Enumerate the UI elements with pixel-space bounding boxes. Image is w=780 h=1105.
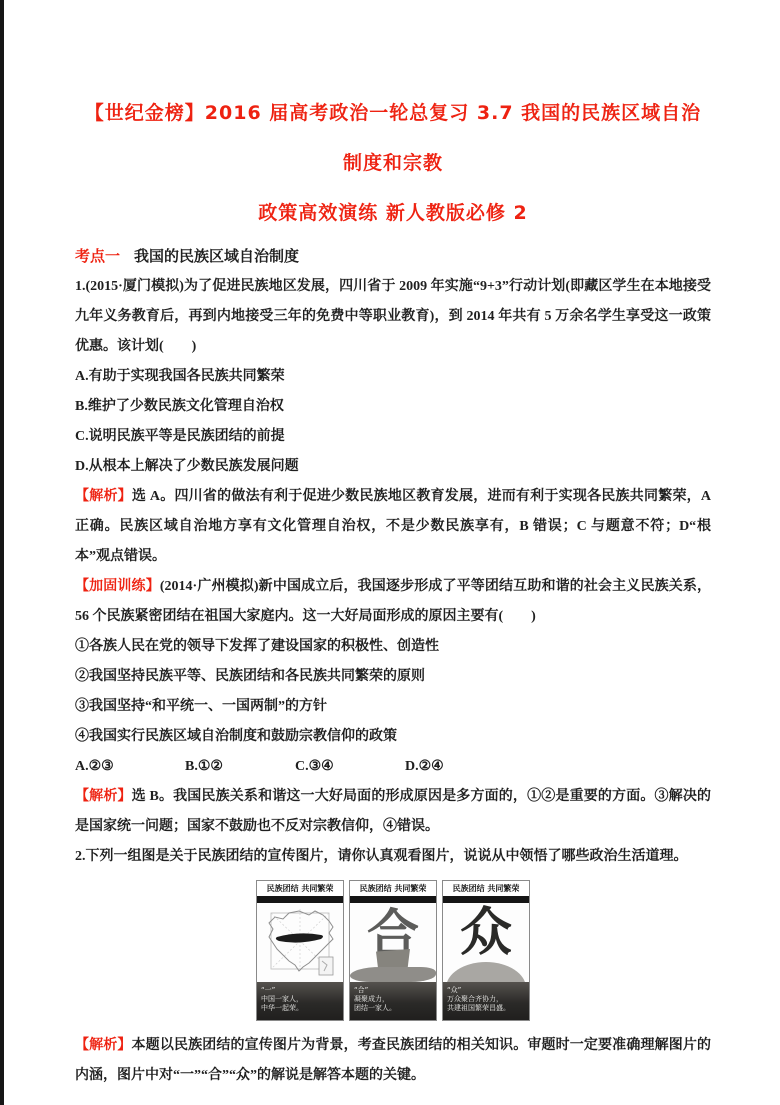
poster-caption-line: “众” (447, 986, 525, 995)
reinforce-exercise-stem: 【加固训练】(2014·广州模拟)新中国成立后，我国逐步形成了平等团结互助和谐的… (75, 572, 711, 632)
reinforce-stem-text: (2014·广州模拟)新中国成立后，我国逐步形成了平等团结互助和谐的社会主义民族… (75, 579, 711, 624)
poster-divider-bar (257, 896, 343, 903)
poster-caption-line: “一” (261, 986, 339, 995)
reinforce-option-b: B.①② (185, 752, 295, 782)
poster-header: 民族团结 共同繁荣 (350, 881, 436, 896)
poster-caption-line: 中华一起荣。 (261, 1004, 339, 1013)
reinforce-option-c: C.③④ (295, 752, 405, 782)
reinforce-options-row: A.②③ B.①② C.③④ D.②④ (75, 752, 711, 782)
document-title-line2: 政策高效演练 新人教版必修 2 (75, 188, 711, 238)
poster-caption: “合” 凝聚成力， 团结一家人。 (350, 982, 436, 1020)
poster-header: 民族团结 共同繁荣 (257, 881, 343, 896)
reinforce-analysis: 【解析】选 B。我国民族关系和谐这一大好局面的形成原因是多方面的，①②是重要的方… (75, 782, 711, 842)
kaodian-title: 我国的民族区域自治制度 (134, 249, 299, 265)
analysis-text: 选 A。四川省的做法有利于促进少数民族地区教育发展，进而有利于实现各民族共同繁荣… (75, 489, 711, 564)
poster-caption-line: 共建祖国繁荣昌盛。 (447, 1004, 525, 1013)
reinforce-label: 【加固训练】 (75, 579, 160, 594)
poster-caption-line: 中国一家人， (261, 995, 339, 1004)
poster-he: 民族团结 共同繁荣 合 “合” 凝聚成力， 团结一家人。 (349, 880, 437, 1021)
analysis-text: 本题以民族团结的宣传图片为背景，考查民族团结的相关知识。审题时一定要准确理解图片… (75, 1038, 711, 1083)
reinforce-item-4: ④我国实行民族区域自治制度和鼓励宗教信仰的政策 (75, 722, 711, 752)
question-2-analysis: 【解析】本题以民族团结的宣传图片为背景，考查民族团结的相关知识。审题时一定要准确… (75, 1031, 711, 1091)
poster-caption-line: “合” (354, 986, 432, 995)
poster-header: 民族团结 共同繁荣 (443, 881, 529, 896)
brush-stroke-one-graphic (276, 933, 323, 942)
question-1-option-d: D.从根本上解决了少数民族发展问题 (75, 452, 711, 482)
unity-posters-row: 民族团结 共同繁荣 “一” 中国一家人， 中华一起荣。 (75, 880, 711, 1021)
question-1-option-a: A.有助于实现我国各民族共同繁荣 (75, 362, 711, 392)
analysis-text: 选 B。我国民族关系和谐这一大好局面的形成原因是多方面的，①②是重要的方面。③解… (75, 789, 711, 834)
poster-caption-line: 万众聚合齐协力， (447, 995, 525, 1004)
crowd-silhouette-graphic (350, 967, 436, 982)
document-page: 【世纪金榜】2016 届高考政治一轮总复习 3.7 我国的民族区域自治制度和宗教… (75, 88, 711, 1091)
analysis-label: 【解析】 (75, 489, 132, 504)
question-1-option-c: C.说明民族平等是民族团结的前提 (75, 422, 711, 452)
poster-he-artwork: 合 (350, 903, 436, 982)
poster-zhong-artwork: 众 (443, 903, 529, 982)
kaodian-label: 考点一 (75, 249, 120, 265)
reinforce-item-2: ②我国坚持民族平等、民族团结和各民族共同繁荣的原则 (75, 662, 711, 692)
poster-caption: “众” 万众聚合齐协力， 共建祖国繁荣昌盛。 (443, 982, 529, 1020)
china-map-graphic (259, 905, 341, 982)
question-2-stem: 2.下列一组图是关于民族团结的宣传图片，请你认真观看图片，说说从中领悟了哪些政治… (75, 842, 711, 872)
reinforce-item-1: ①各族人民在党的领导下发挥了建设国家的积极性、创造性 (75, 632, 711, 662)
section-heading-kaodian: 考点一我国的民族区域自治制度 (75, 242, 711, 272)
poster-caption: “一” 中国一家人， 中华一起荣。 (257, 982, 343, 1020)
reinforce-option-a: A.②③ (75, 752, 185, 782)
poster-yi-artwork (257, 903, 343, 982)
poster-divider-bar (350, 896, 436, 903)
document-title-line1: 【世纪金榜】2016 届高考政治一轮总复习 3.7 我国的民族区域自治制度和宗教 (75, 88, 711, 188)
question-1-analysis: 【解析】选 A。四川省的做法有利于促进少数民族地区教育发展，进而有利于实现各民族… (75, 482, 711, 572)
question-1-option-b: B.维护了少数民族文化管理自治权 (75, 392, 711, 422)
zhong-character: 众 (443, 903, 529, 963)
poster-divider-bar (443, 896, 529, 903)
scan-edge-artifact (0, 0, 4, 1105)
dome-silhouette-graphic (446, 962, 526, 982)
poster-caption-line: 团结一家人。 (354, 1004, 432, 1013)
reinforce-option-d: D.②④ (405, 752, 515, 782)
poster-caption-line: 凝聚成力， (354, 995, 432, 1004)
question-1-stem: 1.(2015·厦门模拟)为了促进民族地区发展，四川省于 2009 年实施“9+… (75, 272, 711, 362)
poster-yi: 民族团结 共同繁荣 “一” 中国一家人， 中华一起荣。 (256, 880, 344, 1021)
analysis-label: 【解析】 (75, 1038, 132, 1053)
poster-zhong: 民族团结 共同繁荣 众 “众” 万众聚合齐协力， 共建祖国繁荣昌盛。 (442, 880, 530, 1021)
document-title: 【世纪金榜】2016 届高考政治一轮总复习 3.7 我国的民族区域自治制度和宗教… (75, 88, 711, 238)
reinforce-item-3: ③我国坚持“和平统一、一国两制”的方针 (75, 692, 711, 722)
analysis-label: 【解析】 (75, 789, 132, 804)
